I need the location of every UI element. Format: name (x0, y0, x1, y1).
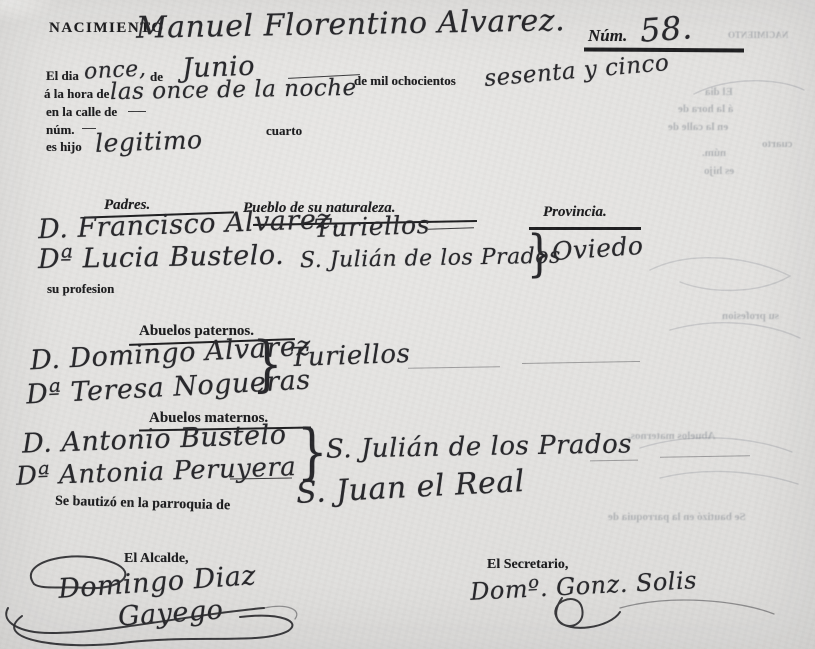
child-status-entry: legitimo (95, 125, 204, 158)
num-label: Núm. (588, 26, 627, 46)
child-status-label: es hijo (46, 139, 82, 155)
provincia-brace: } (527, 225, 553, 283)
bleedthrough-line: Se bautizó en la parroquia de (608, 511, 746, 523)
record-number: 58. (639, 8, 694, 50)
baptism-label: Se bautizó en la parroquia de (55, 494, 231, 515)
street-label: en la calle de (46, 104, 117, 120)
father-pueblo-entry: Turiellos (314, 210, 431, 243)
profession-label: su profesion (47, 281, 114, 297)
bleedthrough-line: NACIMIENTO (728, 30, 788, 40)
bleedthrough-handwriting-ghost (620, 80, 810, 510)
secretario-label: El Secretario, (487, 557, 568, 573)
birth-record-scan: NACIMIENTO Manuel Florentino Alvarez. Nú… (0, 0, 815, 649)
hour-label: á la hora de (44, 86, 109, 102)
provincia-header: Provincia. (543, 204, 607, 221)
paternal-pueblo-dash (408, 366, 500, 369)
father-pueblo-dash (428, 227, 474, 230)
floor-label: cuarto (266, 123, 302, 139)
street-blank-rule (128, 111, 146, 112)
secretario-rubric-flourish (468, 592, 788, 649)
alcalde-rubric-flourish (0, 548, 330, 649)
maternal-pueblo-entry: S. Julián de los Prados (326, 429, 633, 464)
number-label: núm. (46, 122, 75, 138)
baptism-parish-entry: S. Juan el Real (295, 464, 525, 511)
child-name-entry: Manuel Florentino Alvarez. (136, 3, 566, 45)
century-label: de mil ochocientos (354, 73, 456, 89)
mother-pueblo-entry: S. Julián de los Prados (300, 244, 561, 274)
mother-name-entry: Dª Lucia Bustelo. (38, 240, 285, 275)
paternal-pueblo-entry: Turiellos (290, 339, 411, 373)
paternal-brace: } (252, 329, 283, 399)
day-label: El dia (46, 68, 79, 84)
father-name-entry: D. Francisco Alvarez. (38, 204, 341, 246)
hour-entry: las once de la noche (110, 75, 357, 105)
